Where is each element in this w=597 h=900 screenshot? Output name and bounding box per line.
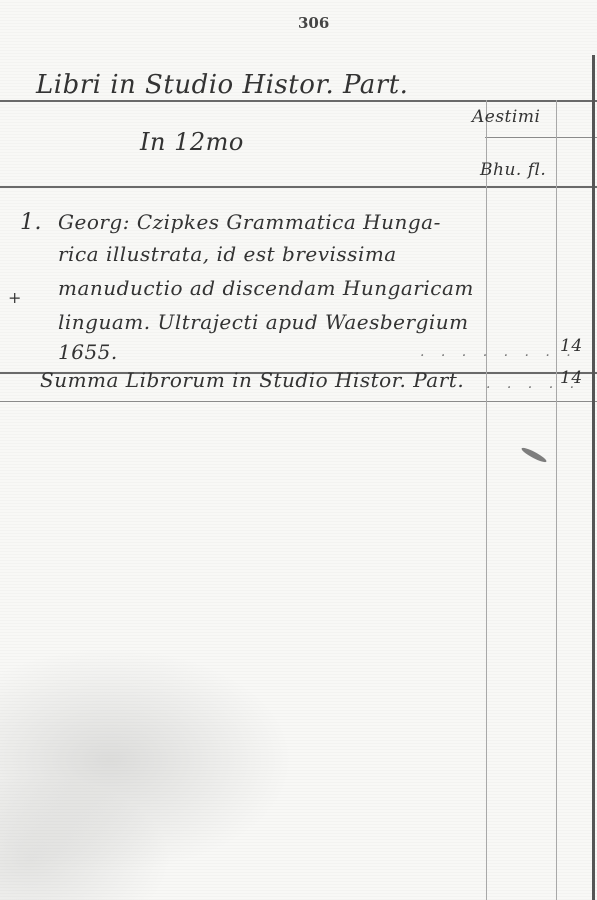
- entry-number: 1.: [20, 210, 42, 235]
- page-heading: Libri in Studio Histor. Part.: [36, 70, 408, 100]
- page-number: 306: [298, 14, 329, 32]
- entry-line: manuductio ad discendam Hungaricam: [58, 276, 474, 300]
- summary-label: Summa Librorum in Studio Histor. Part.: [40, 368, 464, 392]
- rule-under-format: [0, 186, 597, 188]
- book-format-heading: In 12mo: [140, 128, 244, 156]
- column-header-valuation: Aestimi: [472, 107, 540, 127]
- entry-line: linguam. Ultrajecti apud Waesbergium: [58, 310, 469, 334]
- entry-line: 1655.: [58, 340, 118, 364]
- entry-value: 14: [560, 336, 583, 356]
- summary-value: 14: [560, 368, 583, 388]
- entry-line: rica illustrata, id est brevissima: [58, 242, 397, 266]
- page-edge: [592, 55, 595, 900]
- column-divider-left: [486, 100, 487, 900]
- manuscript-page: [0, 0, 597, 900]
- margin-mark: +: [8, 288, 22, 307]
- column-header-currency: Bhu. fl.: [480, 160, 546, 180]
- entry-leader-dots: . . . . . . . .: [420, 344, 577, 360]
- rule-under-title: [0, 100, 597, 102]
- rule-column-header: [485, 137, 597, 138]
- entry-line: Georg: Czipkes Grammatica Hunga-: [58, 210, 441, 234]
- column-divider-right: [556, 100, 557, 900]
- rule-under-summary: [0, 401, 597, 402]
